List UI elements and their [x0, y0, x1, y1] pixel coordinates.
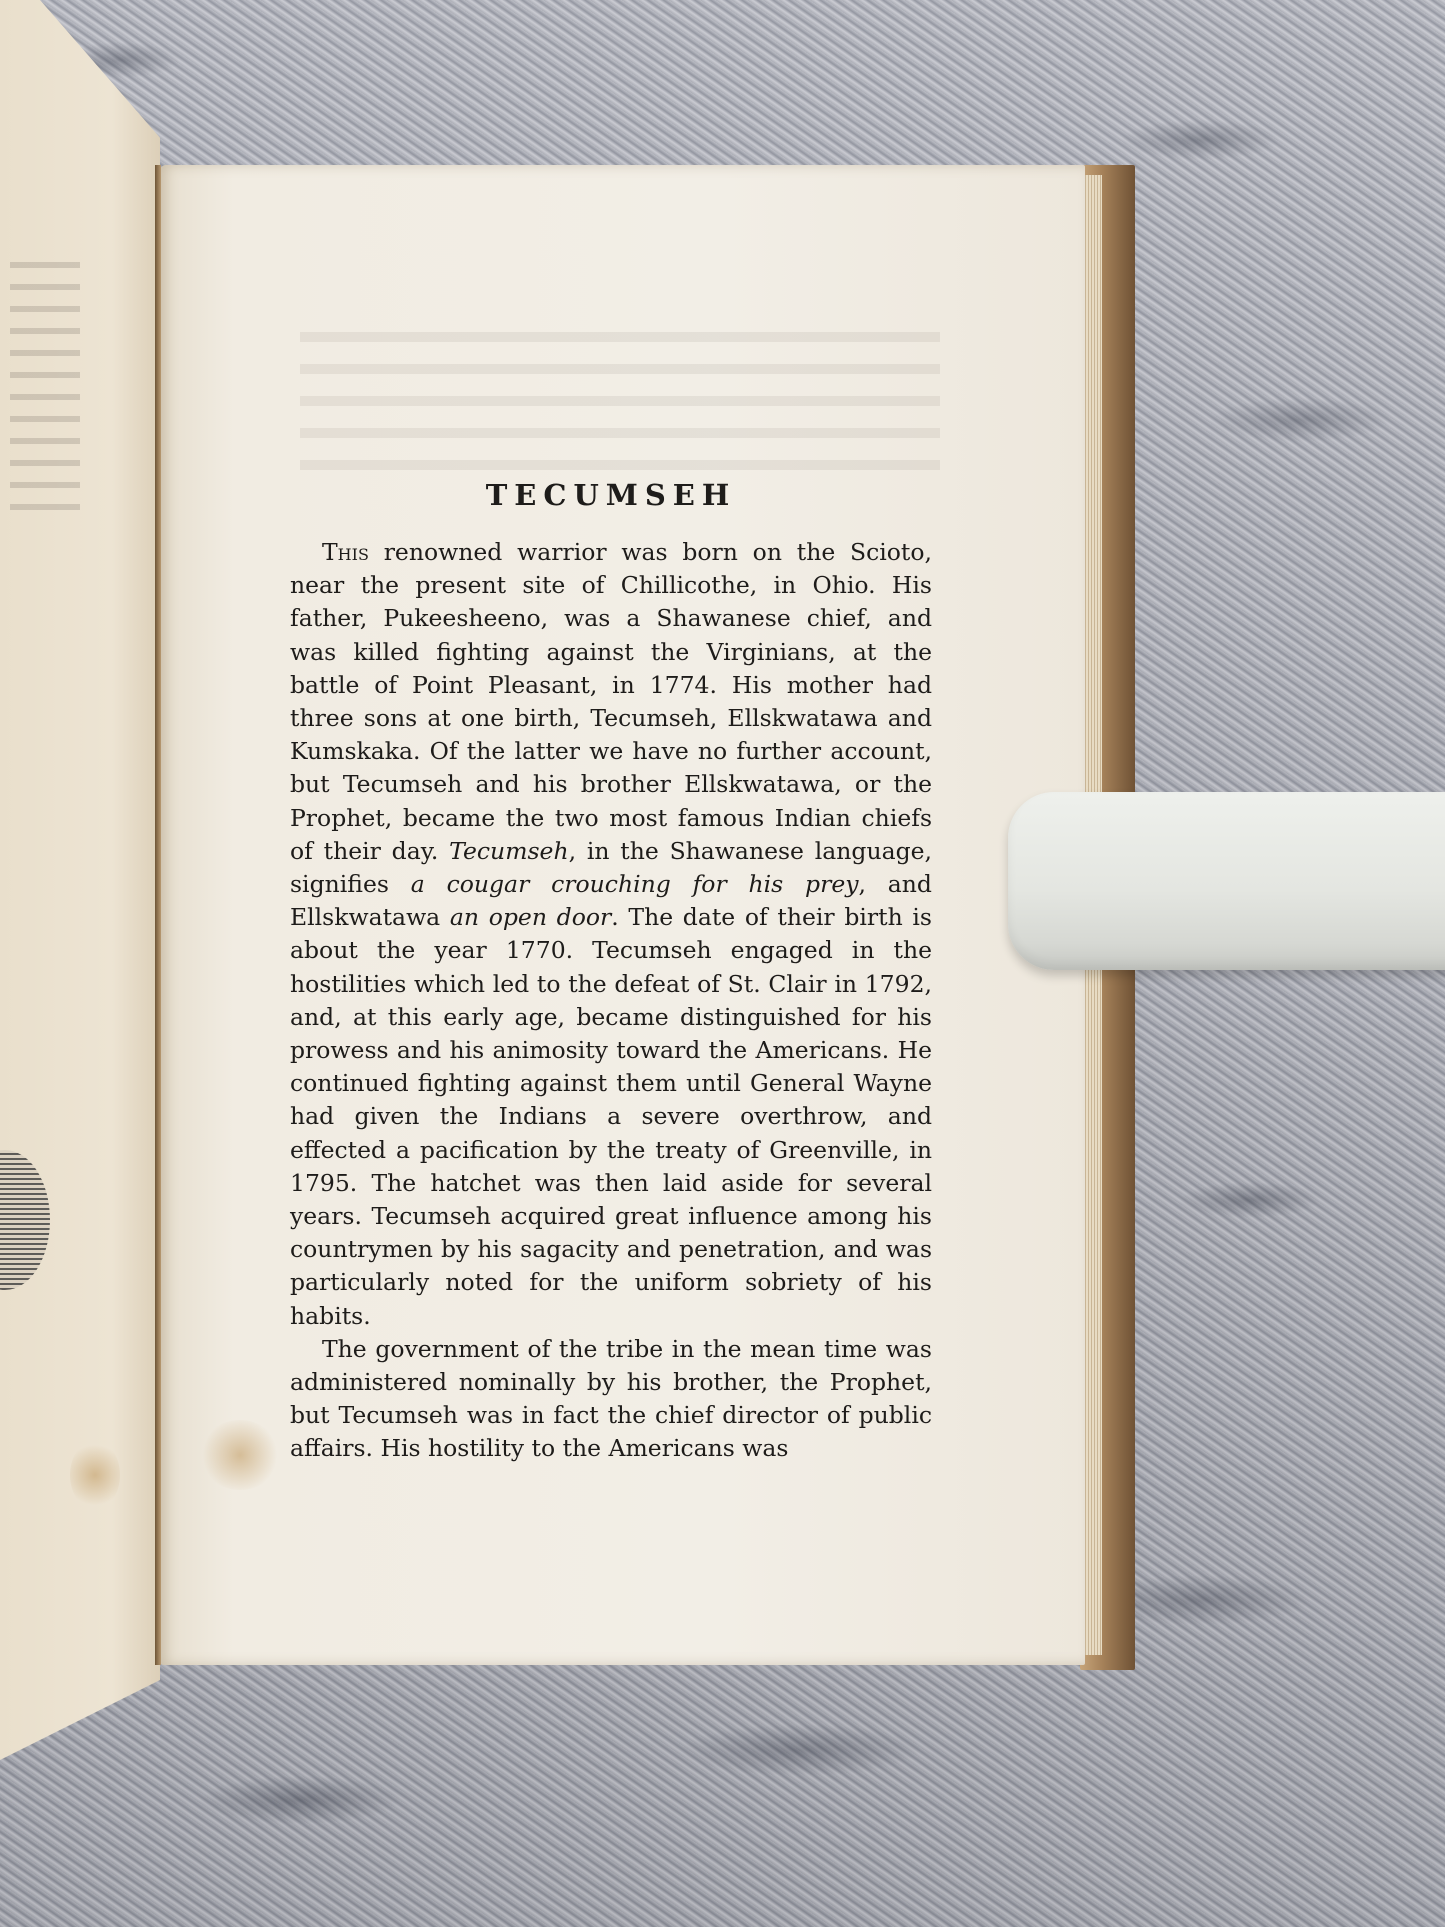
engraving-illustration [0, 1150, 50, 1290]
dropcap-word: This [322, 538, 369, 566]
page-text: TECUMSEH This renowned warrior was born … [290, 470, 932, 1466]
foxing-stain [70, 1440, 120, 1510]
text-segment: . The date of their birth is about the y… [290, 903, 932, 1329]
book-gutter [155, 165, 161, 1665]
foxing-stain [200, 1420, 280, 1490]
italic-segment: Tecumseh [449, 837, 568, 865]
letter-opener-bookmark [1008, 792, 1445, 970]
bleed-through-text [10, 250, 80, 510]
italic-segment: a cougar crouching for his prey [411, 870, 859, 898]
italic-segment: an open door [450, 903, 611, 931]
paragraph-2: The government of the tribe in the mean … [290, 1333, 932, 1466]
paragraph-1: This renowned warrior was born on the Sc… [290, 536, 932, 1333]
bleed-through-text [300, 320, 940, 470]
text-segment: renowned warrior was born on the Scioto,… [290, 538, 932, 865]
chapter-title: TECUMSEH [290, 478, 932, 512]
